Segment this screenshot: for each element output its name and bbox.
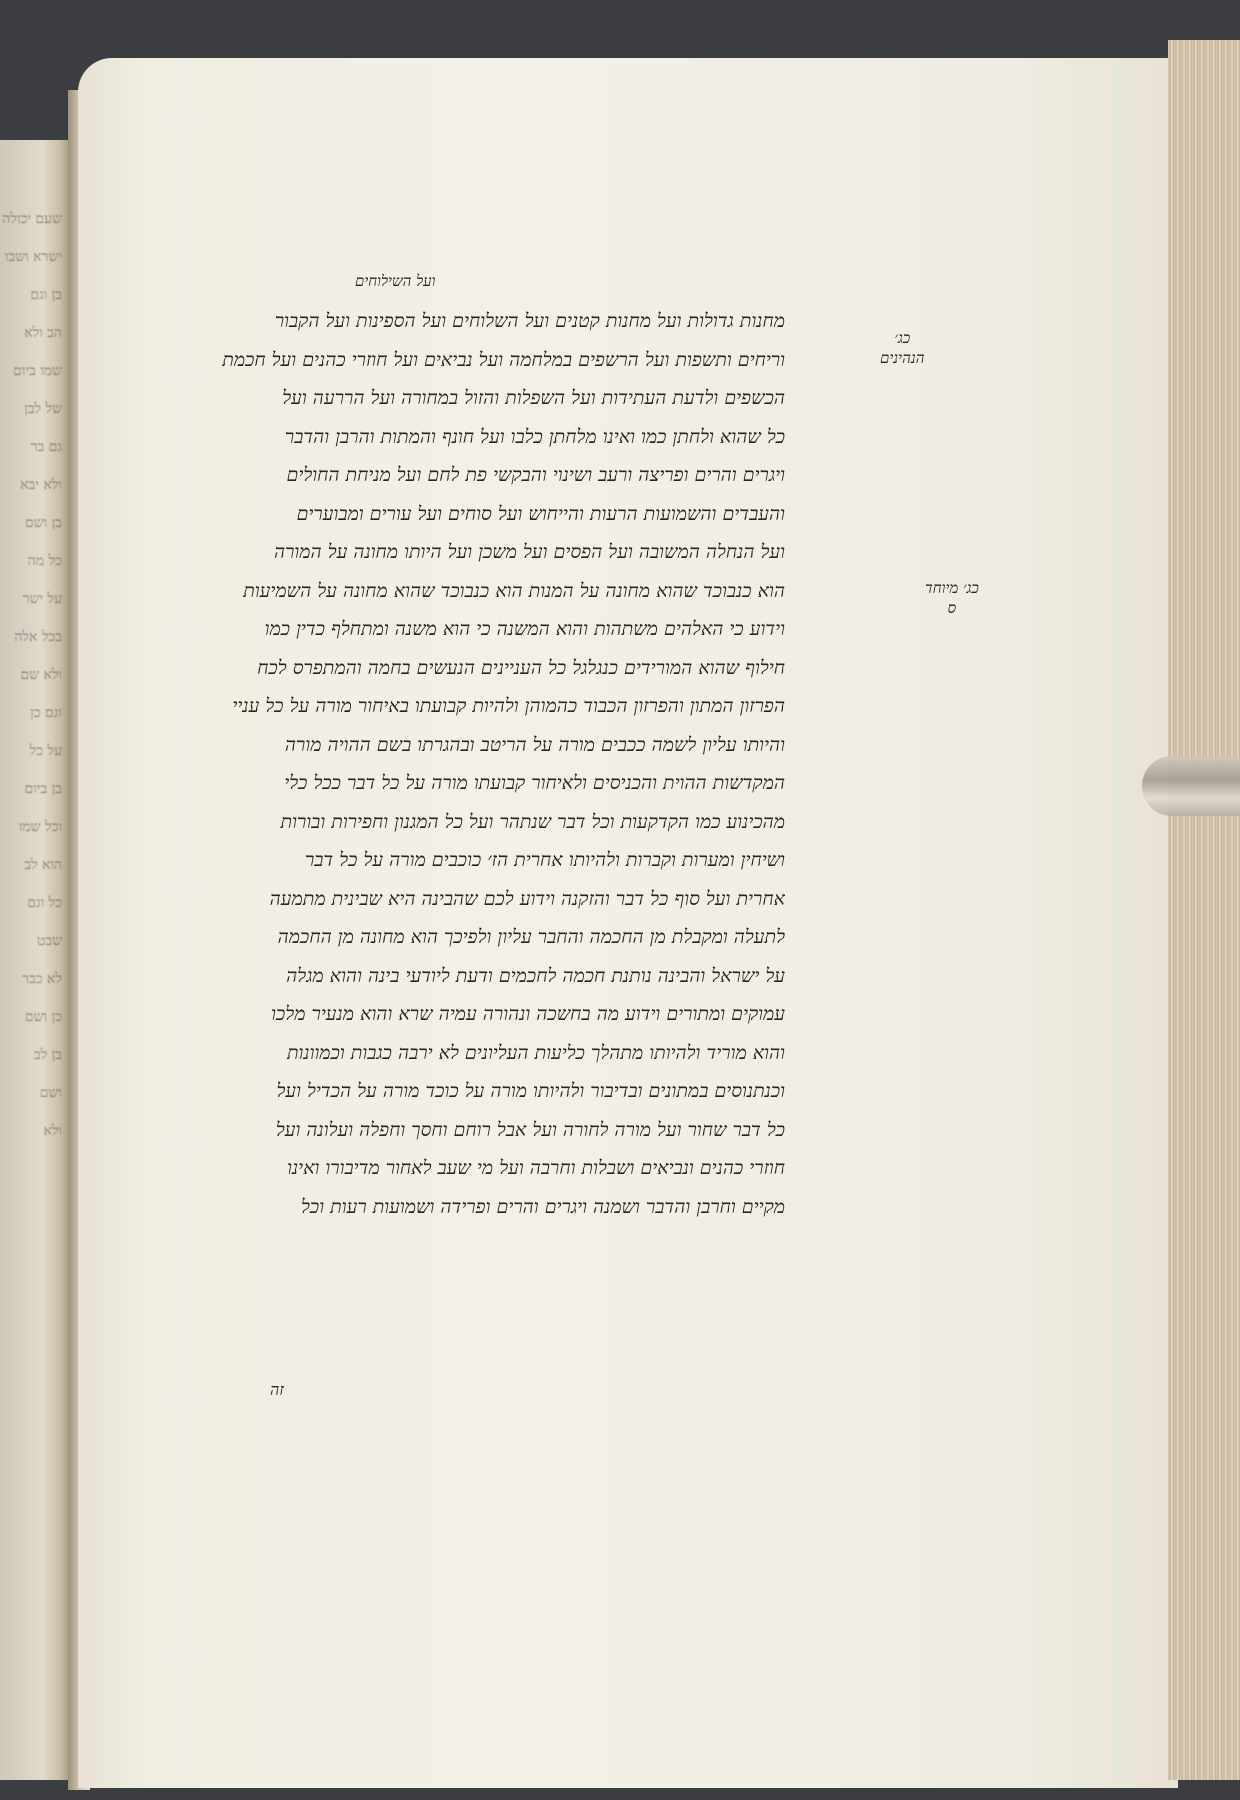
- margin-note-1: כג׳ הנהינים: [880, 328, 925, 368]
- text-line: על ישראל והבינה נותנת חכמה לחכמים ודעת ל…: [150, 957, 785, 996]
- text-line: ושיחין ומערות וקברות ולהיותו אחרית הז׳ כ…: [150, 841, 785, 880]
- text-line: מחנות גדולות ועל מחנות קטנים ועל השלוחים…: [150, 302, 785, 341]
- text-line: מהכינוע כמו הקדקעות וכל דבר שנתהר ועל כל…: [150, 803, 785, 842]
- text-line: עמוקים ומתורים וידוע מה בחשכה ונהורה עמי…: [150, 995, 785, 1034]
- margin-note-line: כג׳: [880, 328, 925, 348]
- text-line: הכשפים ולדעת העתידות ועל השפלות והזול במ…: [150, 379, 785, 418]
- main-text: מחנות גדולות ועל מחנות קטנים ועל השלוחים…: [150, 302, 785, 1226]
- header-note: ועל השילוחים: [355, 272, 435, 291]
- margin-note-line: כג׳ מיוחד: [925, 578, 979, 598]
- text-line: לתעלה ומקבלת מן החכמה והחבר עליון ולפיכך…: [150, 918, 785, 957]
- text-line: כל שהוא ולחתן כמו ואינו מלחתן כלבו ועל ח…: [150, 418, 785, 457]
- text-line: כל דבר שחור ועל מורה לחורה ועל אבל רוחם …: [150, 1111, 785, 1150]
- text-line: חוזרי כהנים ונביאים ושבלות וחרבה ועל מי …: [150, 1149, 785, 1188]
- text-line: והוא מוריד ולהיותו מתהלך כליעות העליונים…: [150, 1034, 785, 1073]
- margin-note-2: כג׳ מיוחד ס: [925, 578, 979, 618]
- text-line: וידוע כי האלהים משתהות והוא המשנה כי הוא…: [150, 610, 785, 649]
- margin-note-line: הנהינים: [880, 348, 925, 368]
- text-line: הפרזון המתון והפרזון הכבוד כהמוהן ולהיות…: [150, 687, 785, 726]
- margin-note-line: ס: [925, 598, 979, 618]
- text-line: ועל הנחלה המשובה ועל הפסים ועל משכן ועל …: [150, 533, 785, 572]
- text-line: וריחים ותשפות ועל הרשפים במלחמה ועל נביא…: [150, 341, 785, 380]
- text-line: וכנתנוסים במתונים ובדיבור ולהיותו מורה ע…: [150, 1072, 785, 1111]
- left-page-text: שעם יכולהישרא ושבובן וגםהב ולאשמו ביום ש…: [10, 200, 62, 1150]
- text-line: הוא כנבוכד שהוא מחונה על המנות הוא כנבוכ…: [150, 572, 785, 611]
- folio-number: זה: [270, 1380, 284, 1400]
- text-line: מקיים וחרבן והדבר ושמנה ויגרים והרים ופר…: [150, 1188, 785, 1227]
- text-line: ויגרים והרים ופריצה ורעב ושינוי והבקשי פ…: [150, 456, 785, 495]
- text-line: והעבדים והשמועות הרעות והייחוש ועל סוחים…: [150, 495, 785, 534]
- text-line: חילוף שהוא המורידים כנגלגל כל העניינים ה…: [150, 649, 785, 688]
- text-line: המקדשות ההוית והכניסים ולאיחור קבועתו מו…: [150, 764, 785, 803]
- left-page: שעם יכולהישרא ושבובן וגםהב ולאשמו ביום ש…: [0, 140, 70, 1780]
- page-edges: [1168, 40, 1240, 1780]
- page-weight: [1142, 756, 1240, 816]
- text-line: אחרית ועל סוף כל דבר והזקנה וידוע לכם שה…: [150, 880, 785, 919]
- text-line: והיותו עליון לשמה ככבים מורה על הריטב וב…: [150, 726, 785, 765]
